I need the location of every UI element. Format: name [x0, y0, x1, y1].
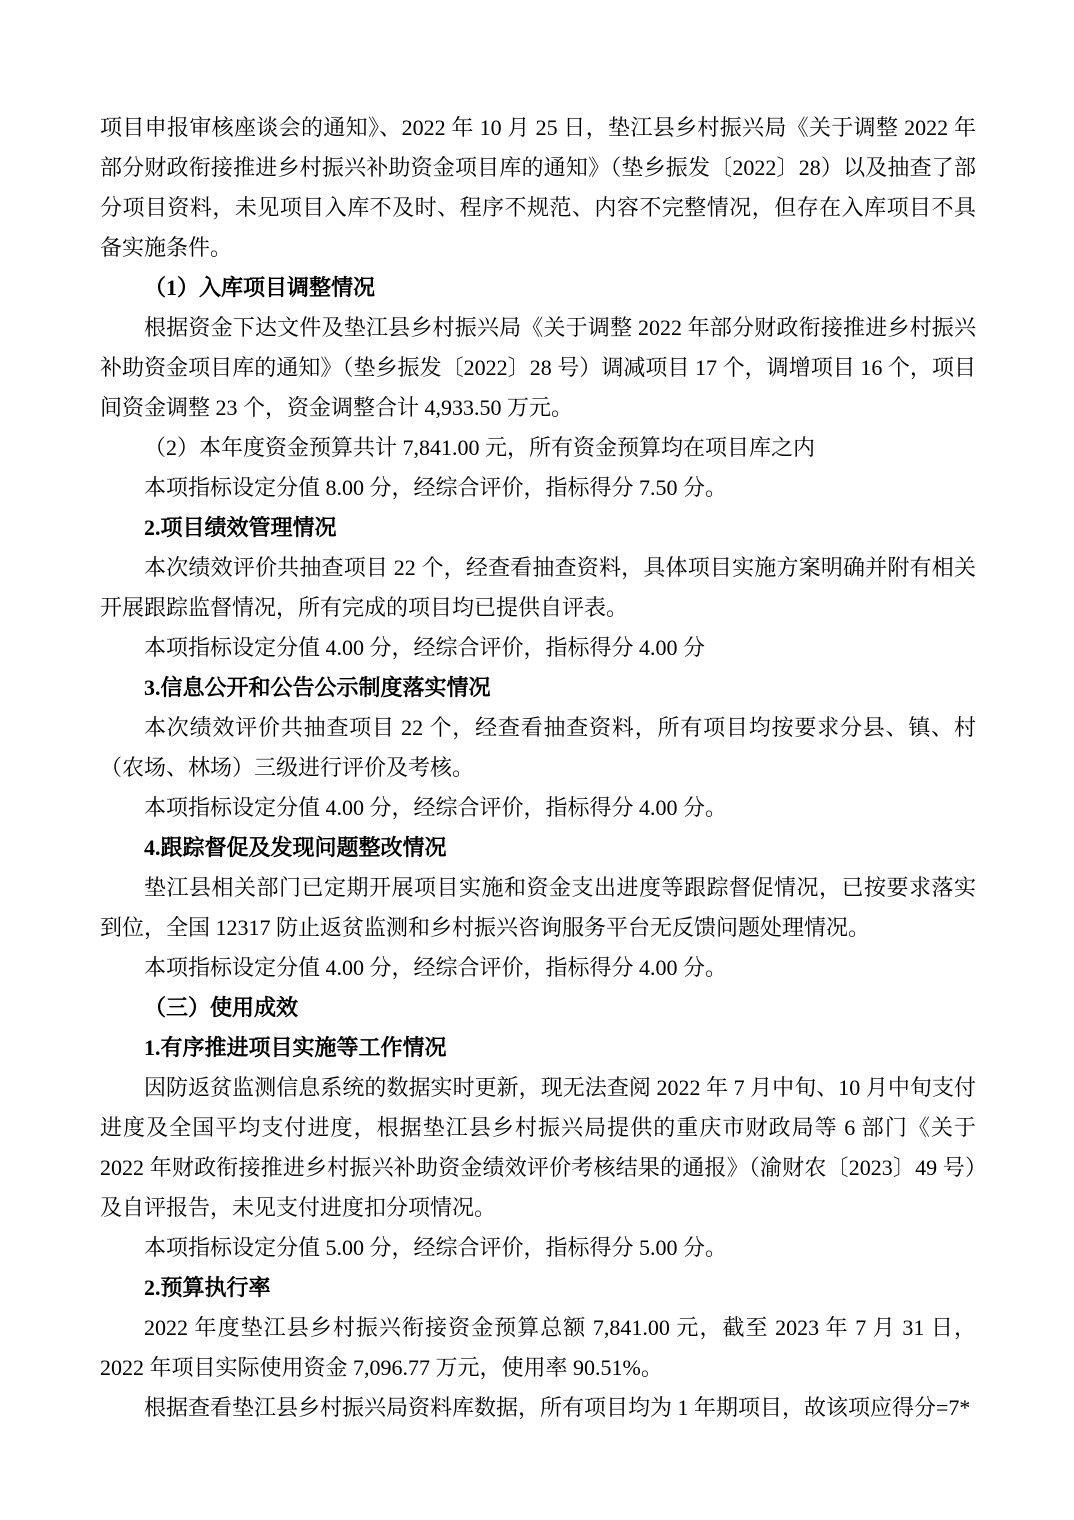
section-heading-1-orderly-implementation: 1.有序推进项目实施等工作情况: [100, 1028, 976, 1068]
paragraph-score: 本项指标设定分值 4.00 分，经综合评价，指标得分 4.00 分: [100, 628, 976, 668]
paragraph-score: 本项指标设定分值 5.00 分，经综合评价，指标得分 5.00 分。: [100, 1228, 976, 1268]
section-heading-2-performance-management: 2.项目绩效管理情况: [100, 508, 976, 548]
section-heading-2-budget-execution-rate: 2.预算执行率: [100, 1268, 976, 1308]
paragraph-continuation: 项目申报审核座谈会的通知》、2022 年 10 月 25 日，垫江县乡村振兴局《…: [100, 108, 976, 268]
paragraph: 根据查看垫江县乡村振兴局资料库数据，所有项目均为 1 年期项目，故该项应得分=7…: [100, 1388, 976, 1428]
paragraph: 因防返贫监测信息系统的数据实时更新，现无法查阅 2022 年 7 月中旬、10 …: [100, 1068, 976, 1228]
paragraph-score: 本项指标设定分值 4.00 分，经综合评价，指标得分 4.00 分。: [100, 948, 976, 988]
section-heading-4-tracking-supervision: 4.跟踪督促及发现问题整改情况: [100, 828, 976, 868]
paragraph-score: 本项指标设定分值 4.00 分，经综合评价，指标得分 4.00 分。: [100, 788, 976, 828]
section-heading-1-storage-adjustment: （1）入库项目调整情况: [100, 268, 976, 308]
paragraph: （2）本年度资金预算共计 7,841.00 元，所有资金预算均在项目库之内: [100, 428, 976, 468]
paragraph: 本次绩效评价共抽查项目 22 个，经查看抽查资料，所有项目均按要求分县、镇、村（…: [100, 708, 976, 788]
section-heading-usage-effectiveness: （三）使用成效: [100, 988, 976, 1028]
paragraph-score: 本项指标设定分值 8.00 分，经综合评价，指标得分 7.50 分。: [100, 468, 976, 508]
paragraph: 根据资金下达文件及垫江县乡村振兴局《关于调整 2022 年部分财政衔接推进乡村振…: [100, 308, 976, 428]
section-heading-3-information-disclosure: 3.信息公开和公告公示制度落实情况: [100, 668, 976, 708]
document-body: 项目申报审核座谈会的通知》、2022 年 10 月 25 日，垫江县乡村振兴局《…: [100, 108, 976, 1428]
paragraph: 2022 年度垫江县乡村振兴衔接资金预算总额 7,841.00 元，截至 202…: [100, 1308, 976, 1388]
paragraph: 本次绩效评价共抽查项目 22 个，经查看抽查资料，具体项目实施方案明确并附有相关…: [100, 548, 976, 628]
document-page: 项目申报审核座谈会的通知》、2022 年 10 月 25 日，垫江县乡村振兴局《…: [0, 0, 1074, 1520]
paragraph: 垫江县相关部门已定期开展项目实施和资金支出进度等跟踪督促情况，已按要求落实到位，…: [100, 868, 976, 948]
